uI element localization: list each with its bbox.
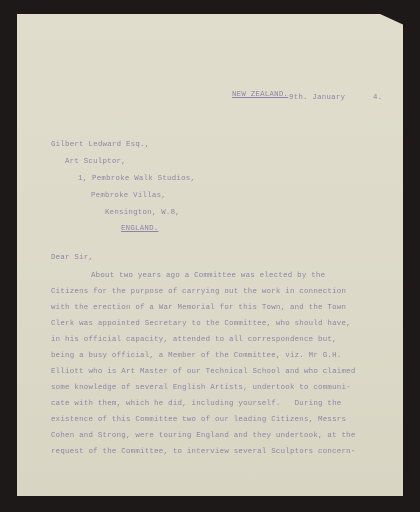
body-line: About two years ago a Committee was elec… [91,273,325,280]
salutation: Dear Sir, [51,255,93,262]
letter-page: NEW ZEALAND. 9th. January 4. Gilbert Led… [17,14,403,496]
page-number: 4. [373,95,382,102]
body-line: Elliott who is Art Master of our Technic… [51,369,356,376]
recipient-address-line-2: Pembroke Villas, [91,193,166,200]
body-line: with the erection of a War Memorial for … [51,305,346,312]
body-line: some knowledge of several English Artist… [51,385,351,392]
recipient-title: Art Sculptor, [65,159,126,166]
recipient-address-line-3: Kensington, W.8, [105,210,180,217]
recipient-country: ENGLAND. [121,226,158,233]
body-line: Cohen and Strong, were touring England a… [51,433,356,440]
body-line: Citizens for the purpose of carrying out… [51,289,346,296]
body-line: cate with them, which he did, including … [51,401,341,408]
body-line: being a busy official, a Member of the C… [51,353,341,360]
body-line: request of the Committee, to interview s… [51,449,356,456]
letter-place: NEW ZEALAND. [232,92,288,99]
body-line: in his official capacity, attended to al… [51,337,337,344]
body-line: existence of this Committee two of our l… [51,417,346,424]
letter-date: 9th. January [289,95,345,102]
recipient-address-line-1: 1, Pembroke Walk Studios, [78,176,195,183]
recipient-name: Gilbert Ledward Esq., [51,142,149,149]
body-line: Clerk was appointed Secretary to the Com… [51,321,351,328]
